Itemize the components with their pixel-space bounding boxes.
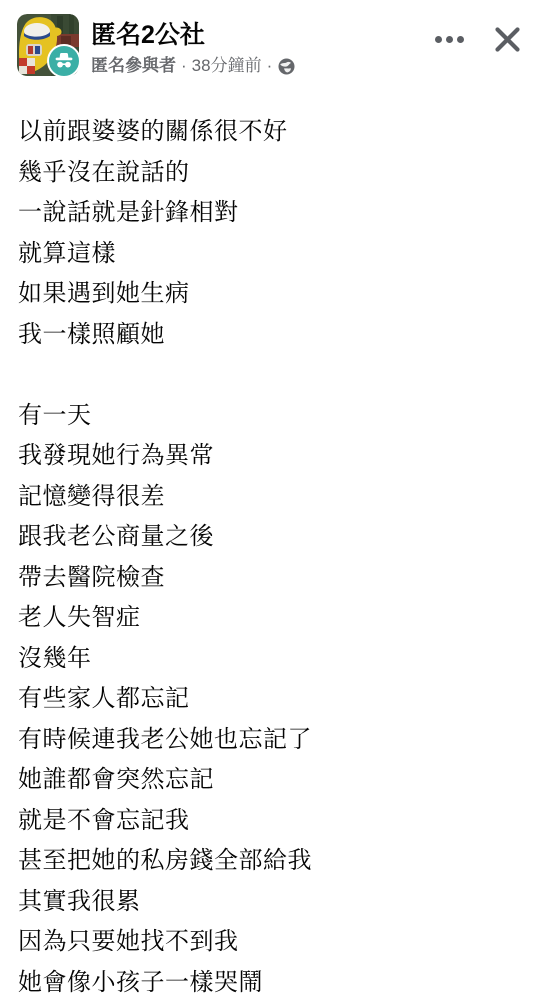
post-card: 匿名2公社 匿名參與者 · 38分鐘前 · bbox=[0, 0, 542, 1000]
post-header: 匿名2公社 匿名參與者 · 38分鐘前 · bbox=[0, 0, 542, 96]
header-text: 匿名2公社 匿名參與者 · 38分鐘前 · bbox=[79, 14, 432, 77]
avatar[interactable] bbox=[17, 14, 79, 76]
post-text-line: 因為只要她找不到我 bbox=[18, 922, 524, 963]
group-name[interactable]: 匿名2公社 bbox=[91, 20, 432, 50]
post-text-line: 跟我老公商量之後 bbox=[18, 517, 524, 558]
post-text-line: 幾乎沒在說話的 bbox=[18, 153, 524, 194]
post-text-line: 帶去醫院檢查 bbox=[18, 558, 524, 599]
post-text-line: 沒幾年 bbox=[18, 639, 524, 680]
post-text-line bbox=[18, 355, 524, 396]
post-text-line: 以前跟婆婆的關係很不好 bbox=[18, 112, 524, 153]
post-text-line: 就是不會忘記我 bbox=[18, 801, 524, 842]
post-byline: 匿名參與者 · 38分鐘前 · bbox=[91, 55, 432, 77]
post-text-line: 就算這樣 bbox=[18, 234, 524, 275]
post-text-line: 她誰都會突然忘記 bbox=[18, 760, 524, 801]
header-actions bbox=[432, 22, 524, 56]
separator-dot: · bbox=[267, 55, 273, 77]
post-text-line: 如果遇到她生病 bbox=[18, 274, 524, 315]
globe-icon bbox=[278, 58, 295, 75]
post-text-line: 其實我很累 bbox=[18, 882, 524, 923]
post-text-line: 記憶變得很差 bbox=[18, 477, 524, 518]
post-text-line: 我發現她行為異常 bbox=[18, 436, 524, 477]
post-text-line: 我一樣照顧她 bbox=[18, 315, 524, 356]
more-options-button[interactable] bbox=[432, 22, 466, 56]
post-text-line: 一說話就是針鋒相對 bbox=[18, 193, 524, 234]
three-dots-icon bbox=[446, 36, 453, 43]
timestamp[interactable]: 38分鐘前 bbox=[192, 55, 262, 77]
post-text-line: 有些家人都忘記 bbox=[18, 679, 524, 720]
separator-dot: · bbox=[181, 55, 187, 77]
post-body: 以前跟婆婆的關係很不好幾乎沒在說話的一說話就是針鋒相對就算這樣如果遇到她生病我一… bbox=[0, 112, 542, 1000]
post-text-line: 甚至把她的私房錢全部給我 bbox=[18, 841, 524, 882]
incognito-icon bbox=[53, 50, 75, 72]
close-button[interactable] bbox=[490, 22, 524, 56]
author-name[interactable]: 匿名參與者 bbox=[91, 55, 176, 77]
anonymous-badge bbox=[47, 44, 81, 78]
post-text-line: 老人失智症 bbox=[18, 598, 524, 639]
post-text-line: 有一天 bbox=[18, 396, 524, 437]
post-text-line: 有時候連我老公她也忘記了 bbox=[18, 720, 524, 761]
close-icon bbox=[494, 26, 521, 53]
post-text-line: 她會像小孩子一樣哭鬧 bbox=[18, 963, 524, 1000]
